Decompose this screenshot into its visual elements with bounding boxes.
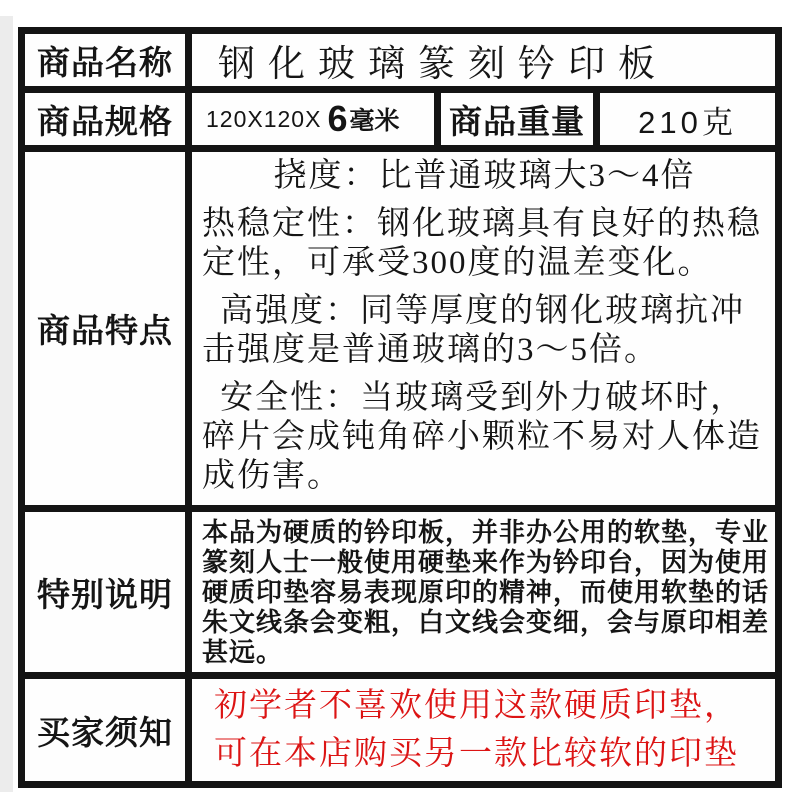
product-spec-row: 商品规格 120X120X 6 毫米 商品重量 210克 — [25, 93, 775, 145]
product-name-value: 钢化玻璃篆刻钤印板 — [192, 34, 775, 86]
buyer-notice-row: 买家须知 初学者不喜欢使用这款硬质印垫，可在本店购买另一款比较软的印垫 — [25, 679, 775, 781]
product-weight-value: 210克 — [600, 93, 775, 145]
size-number: 6 — [327, 98, 347, 140]
product-weight-label: 商品重量 — [441, 93, 593, 145]
product-features-content: 挠度：比普通玻璃大3～4倍 热稳定性：钢化玻璃具有良好的热稳定性，可承受300度… — [192, 152, 775, 505]
buyer-notice-content: 初学者不喜欢使用这款硬质印垫，可在本店购买另一款比较软的印垫 — [192, 679, 775, 781]
size-unit: 毫米 — [349, 101, 399, 137]
product-size-value: 120X120X 6 毫米 — [192, 93, 434, 145]
scan-edge-shadow — [0, 16, 13, 792]
feature-thermal-stability: 热稳定性：钢化玻璃具有良好的热稳定性，可承受300度的温差变化。 — [202, 205, 767, 283]
size-prefix: 120X120X — [206, 106, 321, 133]
product-name-row: 商品名称 钢化玻璃篆刻钤印板 — [25, 34, 775, 86]
product-features-label: 商品特点 — [25, 152, 185, 505]
product-spec-table: 商品名称 钢化玻璃篆刻钤印板 商品规格 120X120X 6 毫米 商品重量 2… — [18, 27, 782, 788]
special-note-content: 本品为硬质的钤印板，并非办公用的软垫，专业篆刻人士一般使用硬垫来作为钤印台，因为… — [192, 512, 775, 672]
special-note-row: 特别说明 本品为硬质的钤印板，并非办公用的软垫，专业篆刻人士一般使用硬垫来作为钤… — [25, 512, 775, 672]
feature-deflection: 挠度：比普通玻璃大3～4倍 — [202, 157, 767, 196]
product-name-label: 商品名称 — [25, 34, 185, 86]
special-note-label: 特别说明 — [25, 512, 185, 672]
feature-high-strength: 高强度：同等厚度的钢化玻璃抗冲击强度是普通玻璃的3～5倍。 — [202, 292, 767, 370]
feature-safety: 安全性：当玻璃受到外力破坏时，碎片会成钝角碎小颗粒不易对人体造成伤害。 — [202, 379, 767, 496]
product-spec-label: 商品规格 — [25, 93, 185, 145]
product-features-row: 商品特点 挠度：比普通玻璃大3～4倍 热稳定性：钢化玻璃具有良好的热稳定性，可承… — [25, 152, 775, 505]
buyer-notice-label: 买家须知 — [25, 679, 185, 781]
